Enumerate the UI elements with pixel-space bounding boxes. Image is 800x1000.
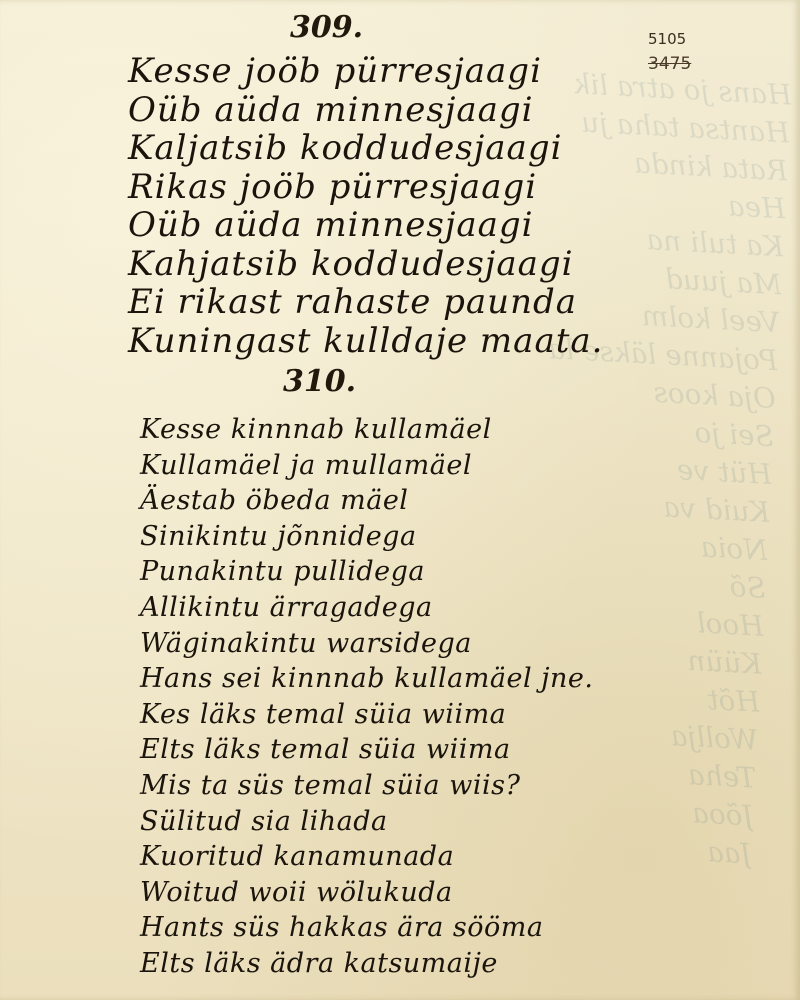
song-309-verse: Kesse joöb pürresjaagi Oüb aüda minnesja… [128,52,603,360]
verse-line: Oüb aüda minnesjaagi [128,206,603,245]
verse-line: Elts läks temal süia wiima [140,732,594,768]
verse-line: Kesse joöb pürresjaagi [128,52,603,91]
verse-line: Kahjatsib koddudesjaagi [128,245,603,284]
verse-line: Oüb aüda minnesjaagi [128,91,603,130]
verse-line: Mis ta süs temal süia wiis? [140,768,594,804]
song-number-309: 309. [290,10,363,45]
verse-line: Kullamäel ja mullamäel [140,448,594,484]
verse-line: Hans sei kinnnab kullamäel jne. [140,661,594,697]
song-310-verse: Kesse kinnnab kullamäel Kullamäel ja mul… [140,412,594,982]
song-number-310: 310. [283,364,356,399]
verse-line: Ei rikast rahaste paunda [128,283,603,322]
verse-line: Rikas joöb pürresjaagi [128,168,603,207]
verse-line: Kesse kinnnab kullamäel [140,412,594,448]
verse-line: Kuningast kulldaje maata. [128,322,603,361]
verse-line: Wäginakintu warsidega [140,626,594,662]
verse-line: Elts läks ädra katsumaije [140,946,594,982]
manuscript-page: Hans jo atra likHantsa taha juRata kinda… [0,0,800,1000]
verse-line: Punakintu pullidega [140,554,594,590]
verse-line: Kes läks temal süia wiima [140,697,594,733]
archive-number-crossed-out: 3475 [648,54,691,74]
verse-line: Kaljatsib koddudesjaagi [128,129,603,168]
verse-line: Sinikintu jõnnidega [140,519,594,555]
verse-line: Hants süs hakkas ära sööma [140,910,594,946]
verse-line: Sülitud sia lihada [140,804,594,840]
archive-number: 5105 [648,30,686,48]
verse-line: Woitud woii wölukuda [140,875,594,911]
verse-line: Äestab öbeda mäel [140,483,594,519]
verse-line: Allikintu ärragadega [140,590,594,626]
verse-line: Kuoritud kanamunada [140,839,594,875]
